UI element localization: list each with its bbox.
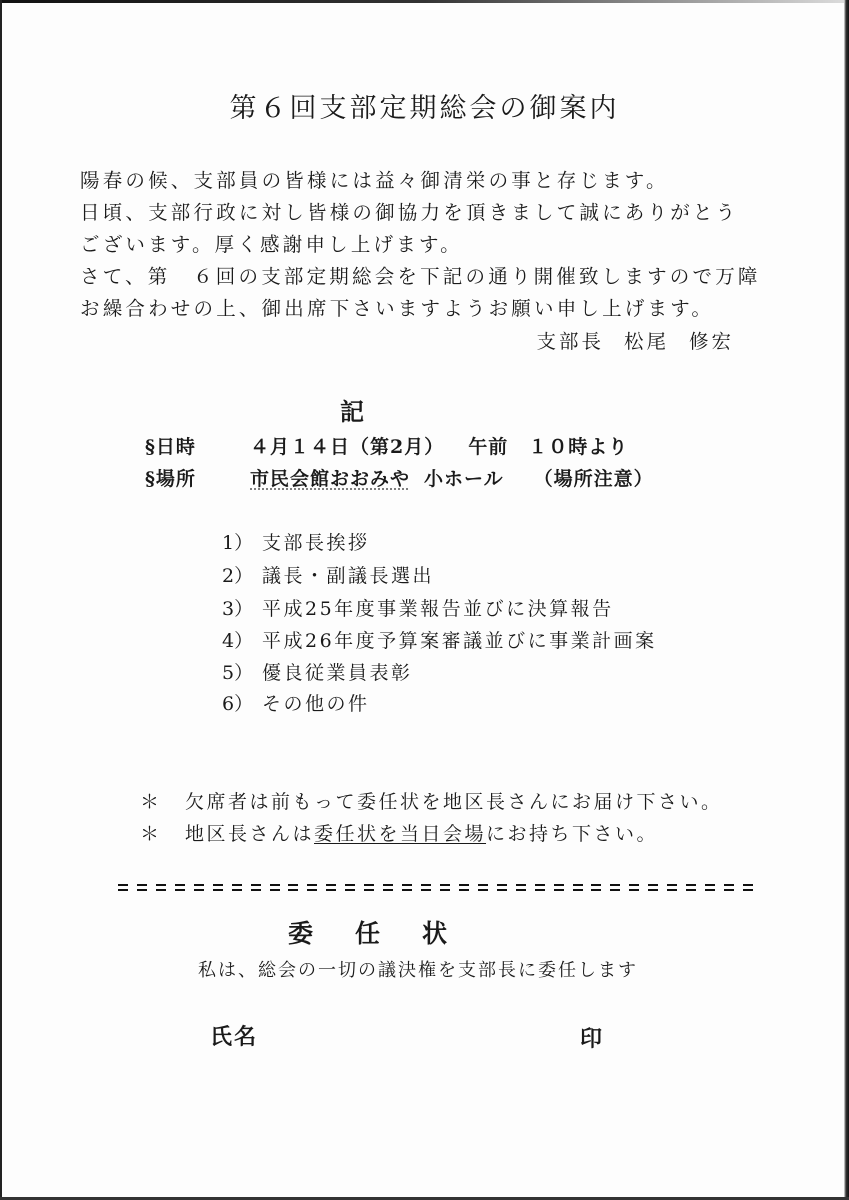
ki-heading: 記 — [340, 392, 364, 427]
equals-mark — [402, 884, 412, 891]
agenda-item: 6）その他の件 — [222, 689, 370, 716]
equals-mark — [610, 884, 620, 891]
equals-mark — [345, 884, 355, 891]
equals-mark — [270, 884, 280, 891]
seal-field-label: 印 — [580, 1022, 602, 1053]
equals-mark — [232, 884, 242, 891]
equals-mark — [307, 884, 317, 891]
equals-mark — [251, 884, 261, 891]
equals-mark — [648, 884, 658, 891]
equals-mark — [591, 884, 601, 891]
greeting-line-3: ございます。厚く感謝申し上げます。 — [80, 230, 463, 260]
equals-mark — [724, 884, 734, 891]
equals-mark — [440, 884, 450, 891]
equals-mark — [686, 884, 696, 891]
agenda-item: 3）平成25年度事業報告並びに決算報告 — [222, 594, 614, 621]
equals-mark — [213, 884, 223, 891]
equals-mark — [288, 884, 298, 891]
datetime-date: ４月１４日（第2月） — [250, 432, 444, 459]
venue-room: 小ホール — [424, 464, 504, 491]
datetime-time: 午前 １０時より — [468, 432, 628, 459]
equals-mark — [326, 884, 336, 891]
proxy-statement: 私は、総会の一切の議決権を支部長に委任します — [198, 956, 638, 982]
equals-mark — [421, 884, 431, 891]
equals-mark — [194, 884, 204, 891]
underlined-instruction: 委任状を当日会場 — [314, 823, 486, 845]
equals-mark — [478, 884, 488, 891]
scan-edge-top — [0, 0, 849, 3]
scan-edge-right — [844, 0, 849, 1200]
equals-mark — [364, 884, 374, 891]
signature-given-name: 修宏 — [689, 330, 734, 353]
equals-mark — [573, 884, 583, 891]
equals-mark — [535, 884, 545, 891]
venue-label: §場所 — [145, 464, 250, 491]
equals-mark — [459, 884, 469, 891]
equals-mark — [383, 884, 393, 891]
agenda-item: 2）議長・副議長選出 — [222, 561, 434, 588]
agenda-item: 1）支部長挨拶 — [222, 528, 370, 555]
equals-mark — [156, 884, 166, 891]
agenda-item: 5）優良従業員表彰 — [222, 658, 413, 685]
equals-mark — [705, 884, 715, 891]
equals-mark — [137, 884, 147, 891]
greeting-line-4: さて、第 ６回の支部定期総会を下記の通り開催致しますので万障 — [80, 262, 761, 292]
greeting-line-2: 日頃、支部行政に対し皆様の御協力を頂きまして誠にありがとう — [80, 198, 738, 228]
note-absentees: ＊欠席者は前もって委任状を地区長さんにお届け下さい。 — [140, 787, 723, 814]
cut-line-divider — [118, 880, 753, 894]
scan-edge-left — [0, 0, 2, 1200]
detail-datetime: §日時４月１４日（第2月）午前 １０時より — [145, 432, 628, 459]
datetime-label: §日時 — [145, 432, 250, 459]
signature-surname: 松尾 — [624, 330, 669, 353]
note-district-heads: ＊地区長さんは委任状を当日会場にお持ち下さい。 — [140, 819, 658, 846]
venue-note: （場所注意） — [534, 464, 654, 491]
equals-mark — [118, 884, 128, 891]
signature-role: 支部長 — [536, 330, 604, 353]
equals-mark — [516, 884, 526, 891]
detail-venue: §場所市民会館おおみや小ホール（場所注意） — [145, 464, 654, 491]
agenda-item: 4）平成26年度予算案審議並びに事業計画案 — [222, 626, 657, 653]
signature: 支部長松尾修宏 — [536, 326, 734, 354]
equals-mark — [667, 884, 677, 891]
proxy-form-title: 委任状 — [288, 914, 489, 950]
equals-mark — [497, 884, 507, 891]
asterisk-icon: ＊ — [140, 819, 185, 846]
venue-hall: 市民会館おおみや — [250, 464, 410, 491]
document-title: 第６回支部定期総会の御案内 — [0, 86, 849, 125]
equals-mark — [743, 884, 753, 891]
document-page: 第６回支部定期総会の御案内 陽春の候、支部員の皆様には益々御清栄の事と存じます。… — [0, 0, 849, 1200]
greeting-line-5: お繰合わせの上、御出席下さいますようお願い申し上げます。 — [80, 294, 714, 324]
greeting-line-1: 陽春の候、支部員の皆様には益々御清栄の事と存じます。 — [80, 166, 669, 196]
equals-mark — [175, 884, 185, 891]
equals-mark — [629, 884, 639, 891]
name-field-label: 氏名 — [210, 1020, 258, 1051]
equals-mark — [554, 884, 564, 891]
asterisk-icon: ＊ — [140, 787, 185, 814]
